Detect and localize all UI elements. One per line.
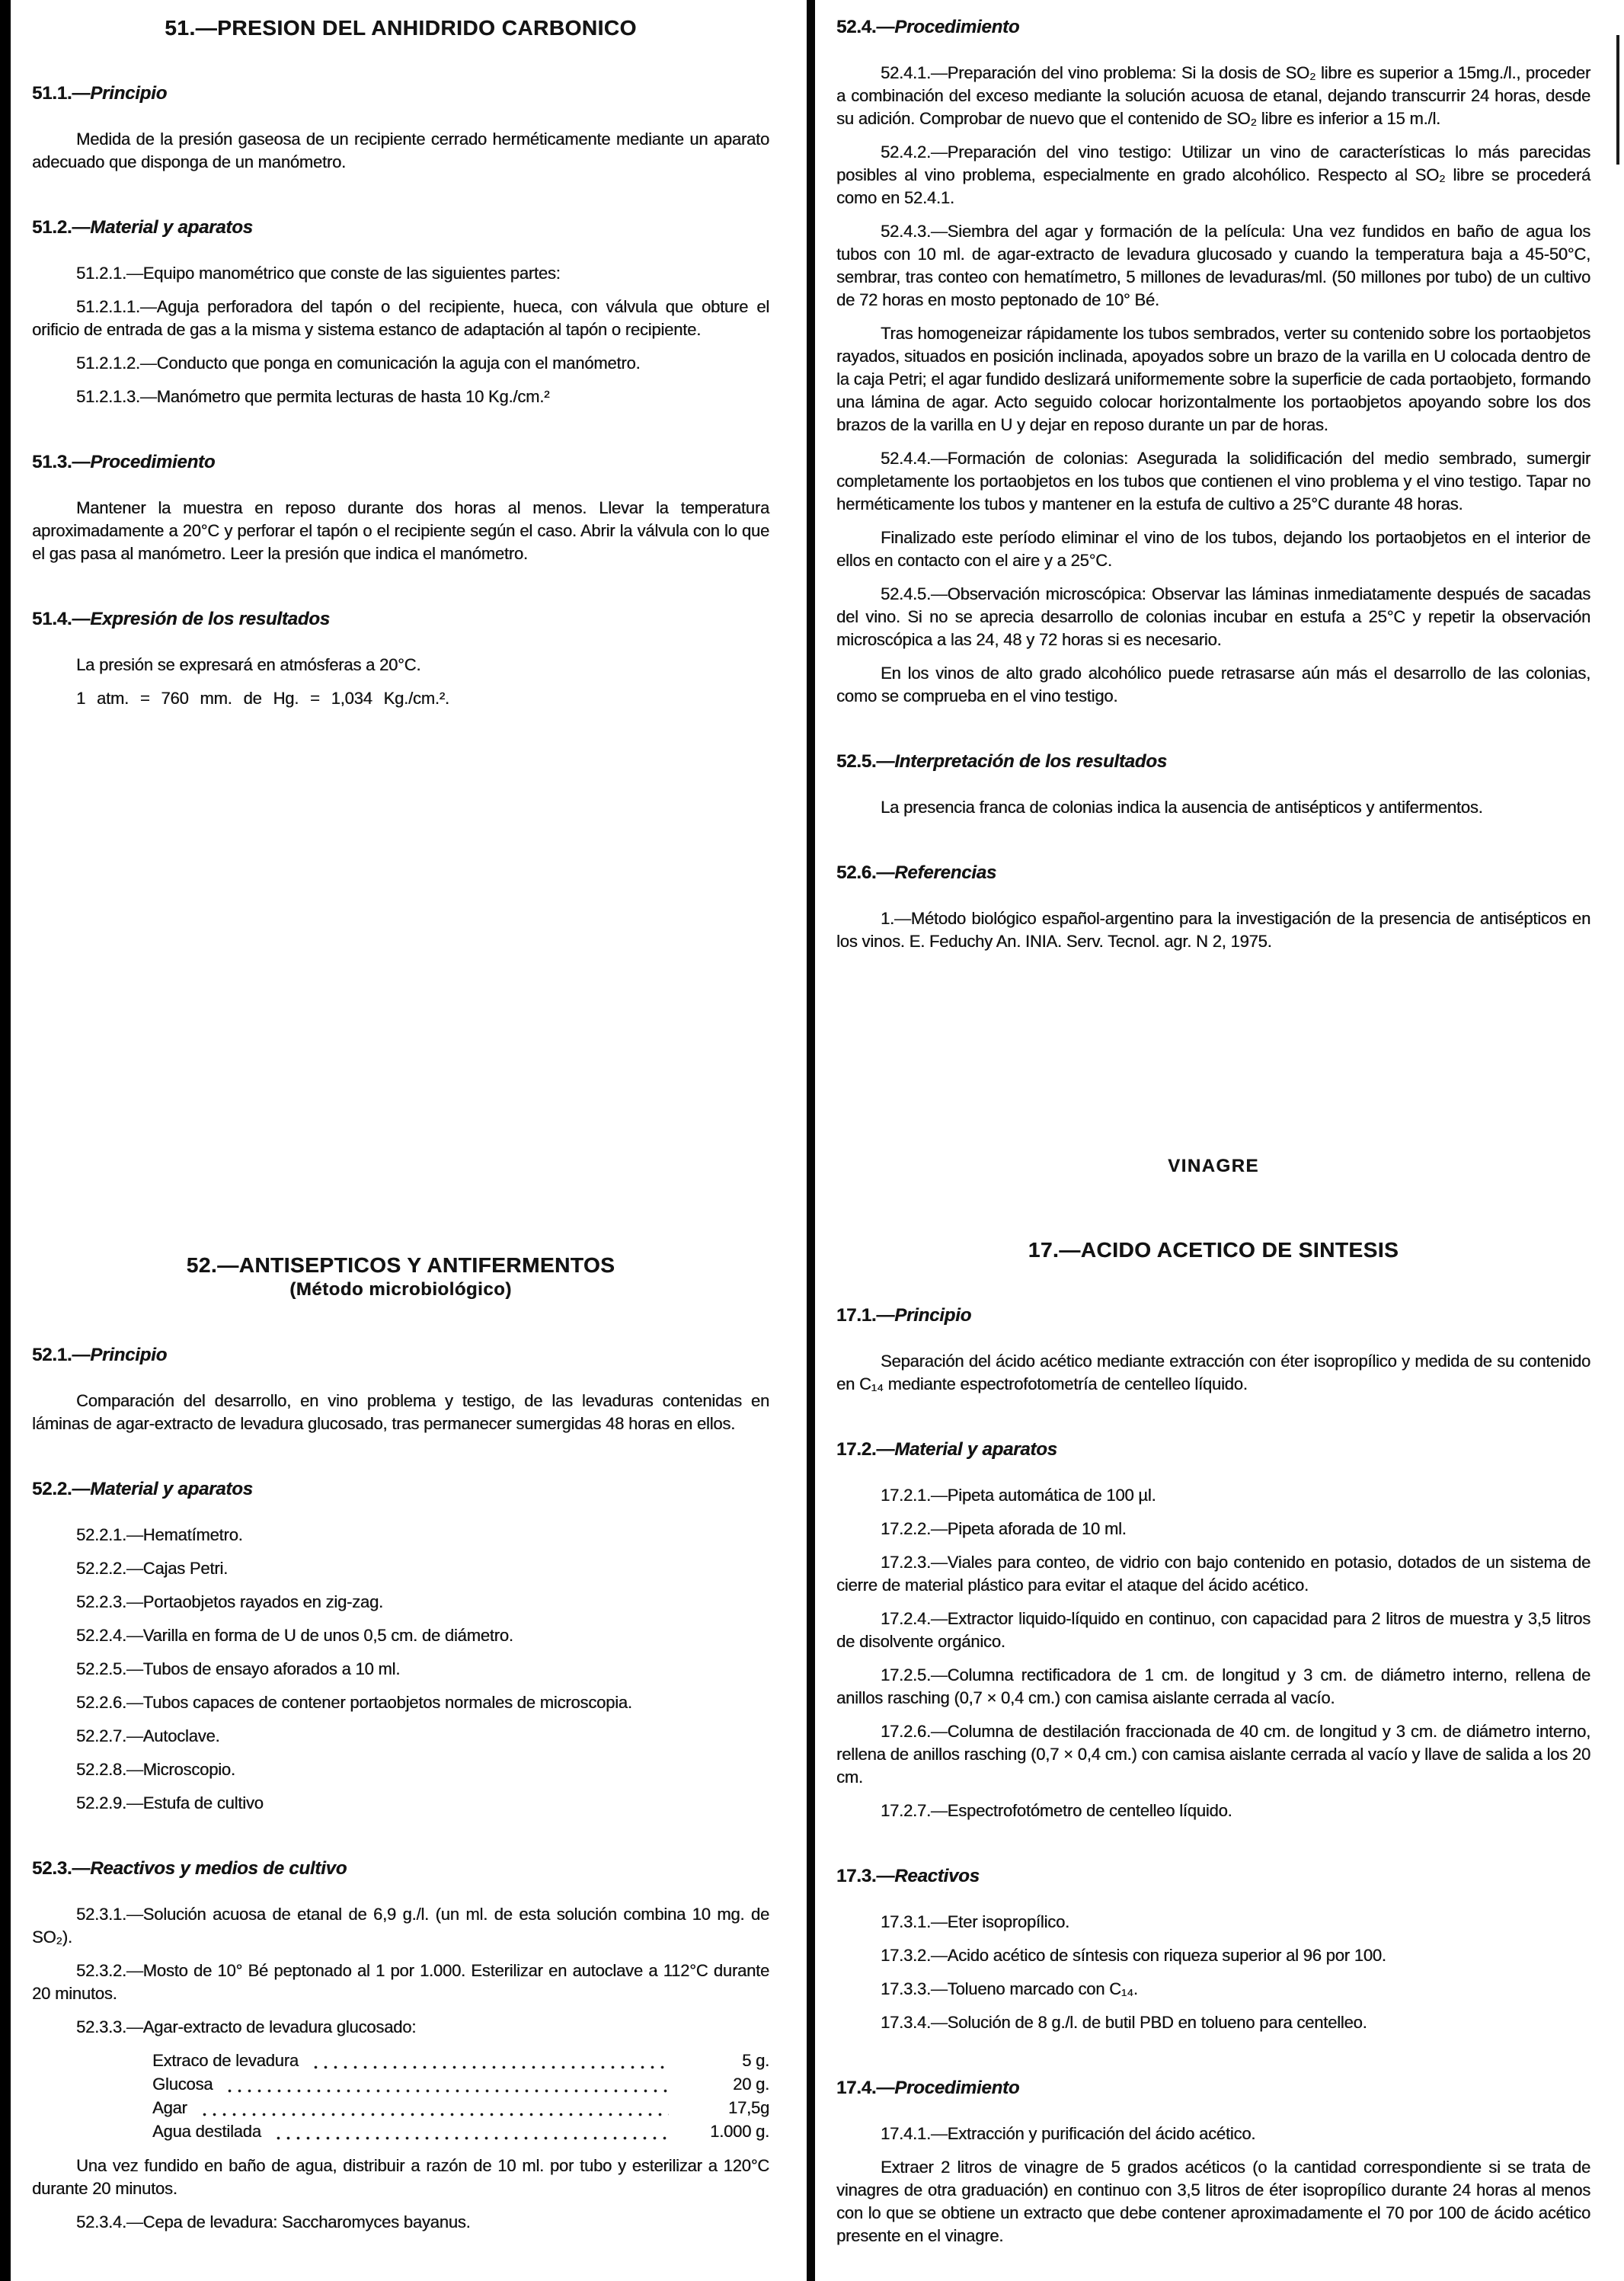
heading-52-3: 52.3.—Reactivos y medios de cultivo xyxy=(32,1857,769,1880)
column-divider-line xyxy=(807,0,815,2281)
item-52-2-5: 52.2.5.—Tubos de ensayo aforados a 10 ml… xyxy=(32,1658,769,1681)
para-en-los-vinos: En los vinos de alto grado alcohólico pu… xyxy=(836,662,1590,708)
right-column-section-52-4: 52.4.—Procedimiento 52.4.1.—Preparación … xyxy=(836,16,1590,964)
item-17-2-5: 17.2.5.—Columna rectificadora de 1 cm. d… xyxy=(836,1664,1590,1710)
item-17-2-4: 17.2.4.—Extractor liquido-líquido en con… xyxy=(836,1608,1590,1653)
item-17-2-3: 17.2.3.—Viales para conteo, de vidrio co… xyxy=(836,1551,1590,1597)
left-column-section-51: 51.—PRESION DEL ANHIDRIDO CARBONICO 51.1… xyxy=(32,17,769,721)
table-row: Glucosa20 g. xyxy=(152,2073,769,2097)
item-51-2-1-3: 51.2.1.3.—Manómetro que permita lecturas… xyxy=(32,385,769,408)
dot-leader xyxy=(273,2136,669,2140)
agar-composition-table: Extraco de levadura5 g. Glucosa20 g. Aga… xyxy=(152,2049,769,2144)
item-52-2-4: 52.2.4.—Varilla en forma de U de unos 0,… xyxy=(32,1624,769,1647)
scan-right-edge-artifact xyxy=(1616,35,1619,165)
left-column-section-52: 52.—ANTISEPTICOS Y ANTIFERMENTOS (Método… xyxy=(32,1254,769,2244)
para-51-3: Mantener la muestra en reposo durante do… xyxy=(32,497,769,565)
para-52-3-3: 52.3.3.—Agar-extracto de levadura glucos… xyxy=(32,2016,769,2039)
table-row: Agua destilada1.000 g. xyxy=(152,2120,769,2144)
para-51-4-text: La presión se expresará en atmósferas a … xyxy=(32,654,769,677)
para-52-4-1: 52.4.1.—Preparación del vino problema: S… xyxy=(836,62,1590,130)
section-52-title-main: 52.—ANTISEPTICOS Y ANTIFERMENTOS xyxy=(32,1254,769,1277)
para-51-1: Medida de la presión gaseosa de un recip… xyxy=(32,128,769,174)
para-52-4-2: 52.4.2.—Preparación del vino testigo: Ut… xyxy=(836,141,1590,210)
para-52-4-4: 52.4.4.—Formación de colonias: Asegurada… xyxy=(836,447,1590,516)
section-17-title: 17.—ACIDO ACETICO DE SINTESIS xyxy=(836,1239,1590,1262)
para-52-3-2: 52.3.2.—Mosto de 10° Bé peptonado al 1 p… xyxy=(32,1959,769,2005)
section-52-subtitle: (Método microbiológico) xyxy=(32,1278,769,1301)
item-17-2-2: 17.2.2.—Pipeta aforada de 10 ml. xyxy=(836,1518,1590,1540)
scan-left-edge-bar xyxy=(0,0,11,2281)
item-17-3-3: 17.3.3.—Tolueno marcado con C₁₄. xyxy=(836,1978,1590,2001)
heading-17-2: 17.2.—Material y aparatos xyxy=(836,1438,1590,1461)
item-17-2-7: 17.2.7.—Espectrofotómetro de centelleo l… xyxy=(836,1800,1590,1822)
heading-51-3: 51.3.—Procedimiento xyxy=(32,451,769,474)
heading-52-2: 52.2.—Material y aparatos xyxy=(32,1478,769,1501)
item-52-2-2: 52.2.2.—Cajas Petri. xyxy=(32,1557,769,1580)
item-17-2-1: 17.2.1.—Pipeta automática de 100 µl. xyxy=(836,1484,1590,1507)
table-row: Extraco de levadura5 g. xyxy=(152,2049,769,2073)
item-52-2-1: 52.2.1.—Hematímetro. xyxy=(32,1524,769,1547)
right-column-section-17: VINAGRE 17.—ACIDO ACETICO DE SINTESIS 17… xyxy=(836,1155,1590,2258)
heading-17-4: 17.4.—Procedimiento xyxy=(836,2077,1590,2100)
para-referencia-1: 1.—Método biológico español-argentino pa… xyxy=(836,907,1590,953)
heading-51-4: 51.4.—Expresión de los resultados xyxy=(32,608,769,631)
item-17-3-2: 17.3.2.—Acido acético de síntesis con ri… xyxy=(836,1944,1590,1967)
heading-52-6: 52.6.—Referencias xyxy=(836,862,1590,885)
item-17-2-6: 17.2.6.—Columna de destilación fracciona… xyxy=(836,1720,1590,1789)
item-52-2-3: 52.2.3.—Portaobjetos rayados en zig-zag. xyxy=(32,1591,769,1614)
dot-leader xyxy=(225,2089,669,2093)
heading-52-4: 52.4.—Procedimiento xyxy=(836,16,1590,39)
para-tras-homogeneizar: Tras homogeneizar rápidamente los tubos … xyxy=(836,322,1590,437)
para-52-3-4: 52.3.4.—Cepa de levadura: Saccharomyces … xyxy=(32,2211,769,2234)
para-extraer: Extraer 2 litros de vinagre de 5 grados … xyxy=(836,2156,1590,2247)
table-row: Agar17,5g xyxy=(152,2097,769,2120)
item-52-2-7: 52.2.7.—Autoclave. xyxy=(32,1725,769,1748)
para-52-3-1: 52.3.1.—Solución acuosa de etanal de 6,9… xyxy=(32,1903,769,1949)
heading-52-1: 52.1.—Principio xyxy=(32,1344,769,1367)
section-52-title: 52.—ANTISEPTICOS Y ANTIFERMENTOS (Método… xyxy=(32,1254,769,1301)
pressure-conversion-formula: 1 atm. = 760 mm. de Hg. = 1,034 Kg./cm.²… xyxy=(32,687,769,710)
section-51-title: 51.—PRESION DEL ANHIDRIDO CARBONICO xyxy=(32,17,769,40)
item-52-2-8: 52.2.8.—Microscopio. xyxy=(32,1758,769,1781)
item-51-2-1: 51.2.1.—Equipo manométrico que conste de… xyxy=(32,262,769,285)
item-52-2-9: 52.2.9.—Estufa de cultivo xyxy=(32,1792,769,1815)
item-52-2-6: 52.2.6.—Tubos capaces de contener portao… xyxy=(32,1691,769,1714)
para-una-vez-fundido: Una vez fundido en baño de agua, distrib… xyxy=(32,2155,769,2200)
dot-leader xyxy=(200,2113,669,2116)
heading-52-5: 52.5.—Interpretación de los resultados xyxy=(836,750,1590,773)
heading-51-1: 51.1.—Principio xyxy=(32,82,769,105)
item-51-2-1-1: 51.2.1.1.—Aguja perforadora del tapón o … xyxy=(32,296,769,341)
item-17-3-4: 17.3.4.—Solución de 8 g./l. de butil PBD… xyxy=(836,2011,1590,2034)
heading-17-1: 17.1.—Principio xyxy=(836,1304,1590,1327)
para-52-4-5: 52.4.5.—Observación microscópica: Observ… xyxy=(836,583,1590,651)
para-52-4-3: 52.4.3.—Siembra del agar y formación de … xyxy=(836,220,1590,312)
vinagre-title: VINAGRE xyxy=(836,1155,1590,1178)
item-17-3-1: 17.3.1.—Eter isopropílico. xyxy=(836,1911,1590,1934)
para-17-1: Separación del ácido acético mediante ex… xyxy=(836,1350,1590,1396)
para-17-4-1: 17.4.1.—Extracción y purificación del ác… xyxy=(836,2123,1590,2145)
para-finalizado: Finalizado este período eliminar el vino… xyxy=(836,526,1590,572)
document-page: 51.—PRESION DEL ANHIDRIDO CARBONICO 51.1… xyxy=(0,0,1624,2281)
heading-17-3: 17.3.—Reactivos xyxy=(836,1865,1590,1888)
para-52-1: Comparación del desarrollo, en vino prob… xyxy=(32,1390,769,1435)
heading-51-2: 51.2.—Material y aparatos xyxy=(32,216,769,239)
para-52-5: La presencia franca de colonias indica l… xyxy=(836,796,1590,819)
dot-leader xyxy=(311,2065,669,2069)
item-51-2-1-2: 51.2.1.2.—Conducto que ponga en comunica… xyxy=(32,352,769,375)
